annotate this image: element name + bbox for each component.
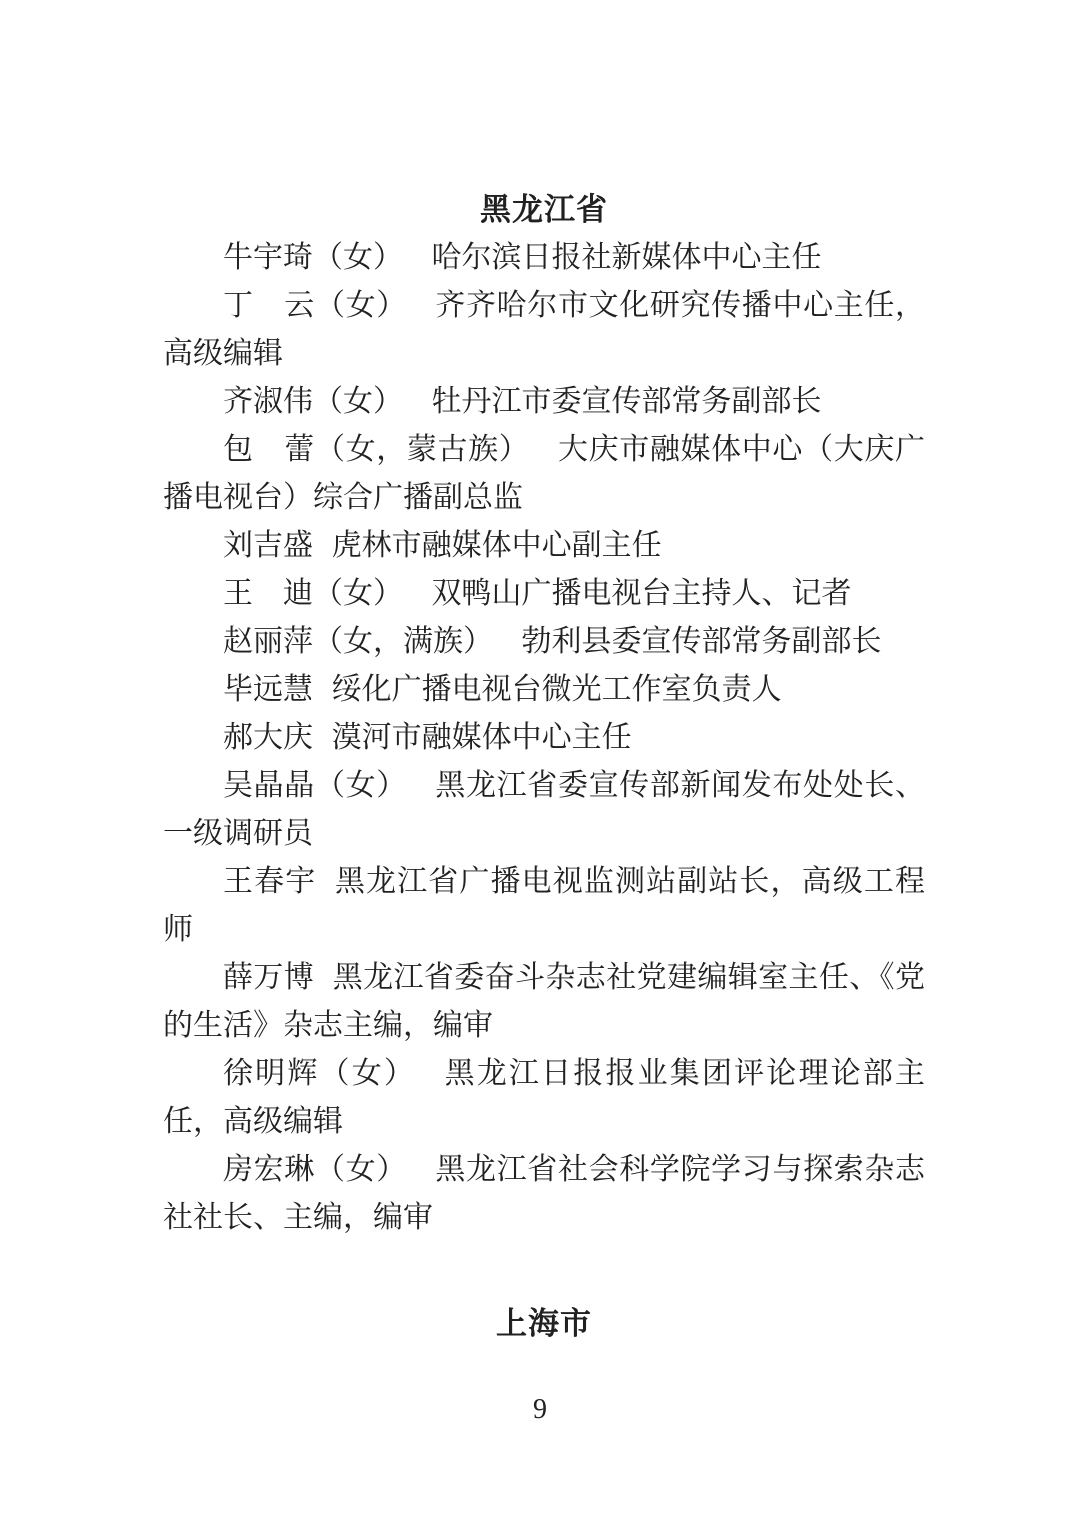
person-title: 漠河市融媒体中心主任 — [332, 721, 632, 754]
person-gender-ethnicity-note: （女） — [313, 577, 403, 610]
roster-entry-head: 齐淑伟（女） — [223, 385, 403, 418]
document-content: 黑龙江省 牛宇琦（女）哈尔滨日报社新媒体中心主任 丁 云（女）齐齐哈尔市文化研究… — [163, 186, 925, 1348]
roster-list-heilongjiang: 牛宇琦（女）哈尔滨日报社新媒体中心主任 丁 云（女）齐齐哈尔市文化研究传播中心主… — [163, 234, 925, 1242]
person-gender-ethnicity-note: （女，满族） — [313, 625, 493, 658]
person-gender-ethnicity-note: （女） — [320, 1057, 417, 1090]
person-name: 郝大庆 — [223, 721, 313, 754]
person-gender-ethnicity-note: （女，蒙古族） — [315, 433, 530, 466]
person-name: 毕远慧 — [223, 673, 313, 706]
person-title: 双鸭山广播电视台主持人、记者 — [432, 577, 852, 610]
roster-entry: 牛宇琦（女）哈尔滨日报社新媒体中心主任 — [163, 234, 925, 282]
roster-entry: 王春宇黑龙江省广播电视监测站副站长，高级工程师 — [163, 858, 925, 954]
person-name: 房宏琳 — [223, 1153, 315, 1186]
roster-entry-head: 牛宇琦（女） — [223, 241, 403, 274]
person-name: 吴晶晶 — [223, 769, 315, 802]
roster-entry-head: 吴晶晶（女） — [223, 769, 407, 802]
person-gender-ethnicity-note: （女） — [315, 769, 407, 802]
person-title: 哈尔滨日报社新媒体中心主任 — [432, 241, 822, 274]
person-title: 牡丹江市委宣传部常务副部长 — [432, 385, 822, 418]
roster-entry-head: 房宏琳（女） — [223, 1153, 407, 1186]
person-gender-ethnicity-note: （女） — [315, 1153, 407, 1186]
person-gender-ethnicity-note: （女） — [313, 241, 403, 274]
person-name: 薛万博 — [223, 961, 314, 994]
section-shanghai: 上海市 — [163, 1300, 925, 1348]
roster-entry: 吴晶晶（女）黑龙江省委宣传部新闻发布处处长、一级调研员 — [163, 762, 925, 858]
roster-entry: 王 迪（女）双鸭山广播电视台主持人、记者 — [163, 570, 925, 618]
roster-entry: 薛万博黑龙江省委奋斗杂志社党建编辑室主任、《党的生活》杂志主编，编审 — [163, 954, 925, 1050]
roster-entry-head: 丁 云（女） — [223, 289, 407, 322]
roster-entry-head: 王 迪（女） — [223, 577, 403, 610]
roster-entry: 赵丽萍（女，满族）勃利县委宣传部常务副部长 — [163, 618, 925, 666]
person-gender-ethnicity-note: （女） — [313, 385, 403, 418]
person-name: 牛宇琦 — [223, 241, 313, 274]
roster-entry-head: 郝大庆 — [223, 721, 313, 754]
roster-entry: 齐淑伟（女）牡丹江市委宣传部常务副部长 — [163, 378, 925, 426]
roster-entry: 刘吉盛虎林市融媒体中心副主任 — [163, 522, 925, 570]
roster-entry-head: 毕远慧 — [223, 673, 313, 706]
person-name: 包 蕾 — [223, 433, 315, 466]
person-title: 虎林市融媒体中心副主任 — [332, 529, 662, 562]
section-heading-heilongjiang: 黑龙江省 — [163, 186, 925, 234]
roster-entry-head: 王春宇 — [223, 865, 316, 898]
roster-entry-head: 包 蕾（女，蒙古族） — [223, 433, 529, 466]
person-name: 丁 云 — [223, 289, 315, 322]
roster-entry: 郝大庆漠河市融媒体中心主任 — [163, 714, 925, 762]
person-name: 齐淑伟 — [223, 385, 313, 418]
roster-entry-head: 薛万博 — [223, 961, 314, 994]
roster-entry: 徐明辉（女）黑龙江日报报业集团评论理论部主任，高级编辑 — [163, 1050, 925, 1146]
roster-entry-head: 刘吉盛 — [223, 529, 313, 562]
roster-entry: 房宏琳（女）黑龙江省社会科学院学习与探索杂志社社长、主编，编审 — [163, 1146, 925, 1242]
roster-entry-head: 徐明辉（女） — [223, 1057, 416, 1090]
roster-entry: 毕远慧绥化广播电视台微光工作室负责人 — [163, 666, 925, 714]
roster-entry-head: 赵丽萍（女，满族） — [223, 625, 493, 658]
section-heilongjiang: 黑龙江省 牛宇琦（女）哈尔滨日报社新媒体中心主任 丁 云（女）齐齐哈尔市文化研究… — [163, 186, 925, 1242]
person-name: 刘吉盛 — [223, 529, 313, 562]
document-page: 黑龙江省 牛宇琦（女）哈尔滨日报社新媒体中心主任 丁 云（女）齐齐哈尔市文化研究… — [0, 0, 1080, 1526]
person-name: 王 迪 — [223, 577, 313, 610]
person-name: 赵丽萍 — [223, 625, 313, 658]
person-name: 徐明辉 — [223, 1057, 320, 1090]
person-name: 王春宇 — [223, 865, 316, 898]
person-gender-ethnicity-note: （女） — [315, 289, 407, 322]
page-number: 9 — [0, 1386, 1080, 1434]
person-title: 绥化广播电视台微光工作室负责人 — [332, 673, 782, 706]
section-heading-shanghai: 上海市 — [163, 1300, 925, 1348]
roster-entry: 丁 云（女）齐齐哈尔市文化研究传播中心主任，高级编辑 — [163, 282, 925, 378]
person-title: 勃利县委宣传部常务副部长 — [522, 625, 882, 658]
roster-entry: 包 蕾（女，蒙古族）大庆市融媒体中心（大庆广播电视台）综合广播副总监 — [163, 426, 925, 522]
